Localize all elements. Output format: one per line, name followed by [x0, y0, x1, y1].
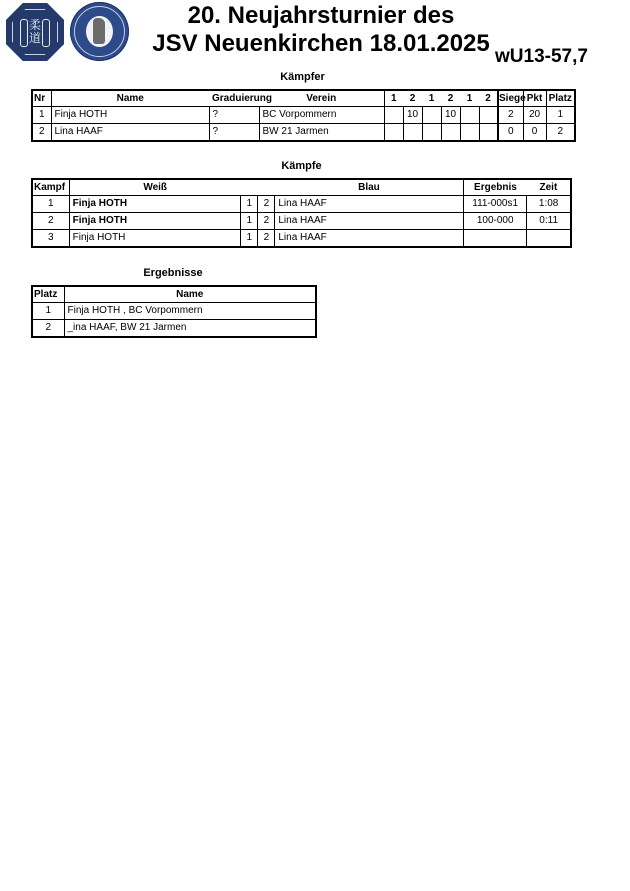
fighter-score: [460, 124, 479, 142]
result-place: 1: [32, 303, 64, 320]
fight-white-nr: 1: [241, 230, 258, 248]
fights-table: Kampf Weiß Blau Ergebnis Zeit 1 Finja HO…: [31, 178, 572, 248]
weight-category: wU13-57,7: [495, 46, 588, 68]
fighter-score: [460, 107, 479, 124]
result-place: 2: [32, 320, 64, 338]
col-wins: Siege: [498, 90, 523, 107]
fight-blue-fighter: Lina HAAF: [275, 213, 464, 230]
fight-white-nr: 1: [241, 213, 258, 230]
fighter-name: Finja HOTH: [51, 107, 209, 124]
judoka-icon: [93, 18, 105, 44]
page-title: 20. Neujahrsturnier des JSV Neuenkirchen…: [131, 2, 511, 58]
col-time: Zeit: [527, 179, 571, 196]
fighter-score: [384, 107, 403, 124]
fight-result: 100-000: [464, 213, 527, 230]
fighter-grade: ?: [209, 107, 259, 124]
fighter-score: [441, 124, 460, 142]
results-header-row: Platz Name: [32, 286, 316, 303]
result-row: 2 _ina HAAF, BW 21 Jarmen: [32, 320, 316, 338]
judoka-figure-right-icon: [42, 19, 50, 47]
result-row: 1 Finja HOTH , BC Vorpommern: [32, 303, 316, 320]
fighter-place: 2: [546, 124, 575, 142]
col-result: Ergebnis: [464, 179, 527, 196]
fighter-row: 2 Lina HAAF ? BW 21 Jarmen 0 0 2: [32, 124, 575, 142]
fight-time: 0:11: [527, 213, 571, 230]
fighter-grade: ?: [209, 124, 259, 142]
col-place: Platz: [546, 90, 575, 107]
fighter-club: BC Vorpommern: [259, 107, 384, 124]
fight-time: 1:08: [527, 196, 571, 213]
fights-header-row: Kampf Weiß Blau Ergebnis Zeit: [32, 179, 571, 196]
fight-time: [527, 230, 571, 248]
col-fight: Kampf: [32, 179, 69, 196]
fight-white-nr: 1: [241, 196, 258, 213]
fight-row: 3 Finja HOTH 1 2 Lina HAAF: [32, 230, 571, 248]
fighter-name: Lina HAAF: [51, 124, 209, 142]
fight-blue-nr: 2: [258, 196, 275, 213]
fighter-wins: 0: [498, 124, 523, 142]
fight-blue-nr: 2: [258, 213, 275, 230]
logo-kanji: 柔道: [28, 19, 42, 45]
col-place: Platz: [32, 286, 64, 303]
judosportverein-neuenkirchen-logo-icon: [70, 2, 129, 61]
col-points: Pkt: [523, 90, 546, 107]
fighter-score: [422, 124, 441, 142]
col-grade: Graduierung: [209, 90, 259, 107]
fight-number: 2: [32, 213, 69, 230]
fighter-nr: 1: [32, 107, 51, 124]
fight-white-fighter: Finja HOTH: [69, 196, 241, 213]
fight-row: 1 Finja HOTH 1 2 Lina HAAF 111-000s1 1:0…: [32, 196, 571, 213]
col-nr: Nr: [32, 90, 51, 107]
fight-row: 2 Finja HOTH 1 2 Lina HAAF 100-000 0:11: [32, 213, 571, 230]
fighter-club: BW 21 Jarmen: [259, 124, 384, 142]
title-line-2: JSV Neuenkirchen 18.01.2025: [131, 30, 511, 58]
col-name: Name: [64, 286, 316, 303]
fighter-place: 1: [546, 107, 575, 124]
result-name: Finja HOTH , BC Vorpommern: [64, 303, 316, 320]
fighter-wins: 2: [498, 107, 523, 124]
col-name: Name: [51, 90, 209, 107]
fighter-score: 10: [403, 107, 422, 124]
col-round3-b: 2: [479, 90, 498, 107]
fighter-score: [479, 107, 498, 124]
fighter-points: 20: [523, 107, 546, 124]
fight-blue-nr: 2: [258, 230, 275, 248]
col-round1-b: 2: [403, 90, 422, 107]
col-blue: Blau: [275, 179, 464, 196]
results-section-title: Ergebnisse: [31, 267, 315, 279]
fighter-nr: 2: [32, 124, 51, 142]
fight-number: 3: [32, 230, 69, 248]
judoka-figure-left-icon: [20, 19, 28, 47]
fight-number: 1: [32, 196, 69, 213]
fight-blue-fighter: Lina HAAF: [275, 230, 464, 248]
title-line-1: 20. Neujahrsturnier des: [131, 2, 511, 30]
fighters-table: Nr Name Graduierung Verein 1 2 1 2 1 2 S…: [31, 89, 576, 142]
col-round2-a: 1: [422, 90, 441, 107]
col-round3-a: 1: [460, 90, 479, 107]
results-table: Platz Name 1 Finja HOTH , BC Vorpommern …: [31, 285, 317, 338]
fight-result: [464, 230, 527, 248]
col-round2-b: 2: [441, 90, 460, 107]
fighter-points: 0: [523, 124, 546, 142]
fights-section-title: Kämpfe: [31, 160, 572, 172]
fight-white-fighter: Finja HOTH: [69, 230, 241, 248]
fighter-row: 1 Finja HOTH ? BC Vorpommern 10 10 2 20 …: [32, 107, 575, 124]
col-white: Weiß: [69, 179, 241, 196]
fighter-score: 10: [441, 107, 460, 124]
fighters-section-title: Kämpfer: [31, 71, 574, 83]
fighter-score: [479, 124, 498, 142]
fight-result: 111-000s1: [464, 196, 527, 213]
fighter-score: [384, 124, 403, 142]
fighter-score: [403, 124, 422, 142]
fight-blue-fighter: Lina HAAF: [275, 196, 464, 213]
col-club: Verein: [259, 90, 384, 107]
judo-club-logo-icon: 柔道: [6, 3, 64, 61]
result-name: _ina HAAF, BW 21 Jarmen: [64, 320, 316, 338]
fighters-header-row: Nr Name Graduierung Verein 1 2 1 2 1 2 S…: [32, 90, 575, 107]
fight-white-fighter: Finja HOTH: [69, 213, 241, 230]
fighter-score: [422, 107, 441, 124]
col-round1-a: 1: [384, 90, 403, 107]
